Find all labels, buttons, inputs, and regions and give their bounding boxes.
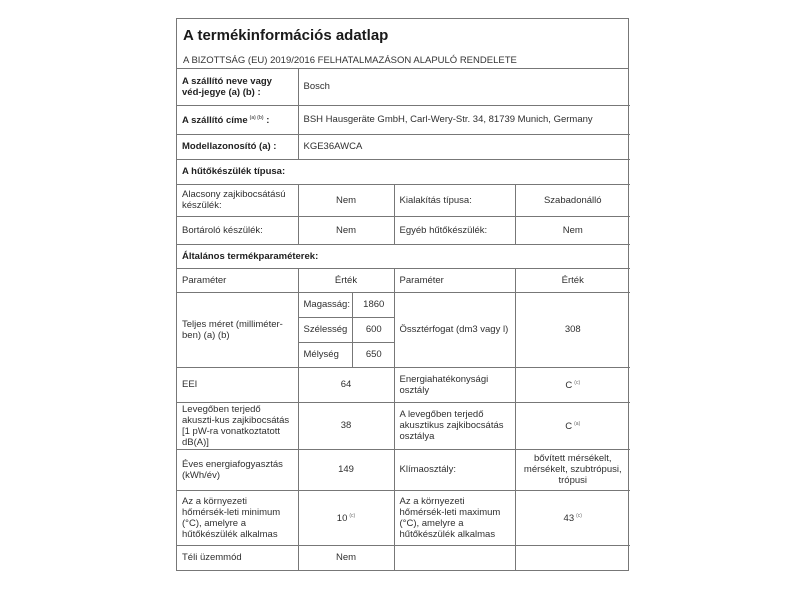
dimensions-label: Teljes méret (milliméter-ben) (a) (b) [177, 292, 298, 367]
annual-energy-label: Éves energiafogyasztás (kWh/év) [177, 449, 298, 490]
table-row: Modellazonosító (a) : KGE36AWCA [177, 134, 630, 159]
width-label: Szélesség [299, 317, 353, 342]
volume-value: 308 [515, 292, 630, 367]
dimensions-table: Magasság:1860 Szélesség600 Mélység650 [299, 293, 395, 367]
noise-label: Levegőben terjedő akuszti-kus zajkibocsá… [177, 402, 298, 449]
supplier-name-value: Bosch [298, 69, 630, 105]
noise-class-cell: C(a) [515, 402, 630, 449]
footnote-mark: (a) (b) [250, 115, 264, 121]
winter-mode-value: Nem [298, 545, 394, 570]
supplier-name-label: A szállító neve vagy véd-jegye (a) (b) : [177, 69, 298, 105]
empty-cell [515, 545, 630, 570]
max-temp-cell: 43(c) [515, 490, 630, 545]
depth-value: 650 [353, 342, 395, 367]
other-appliance-label: Egyéb hűtőkészülék: [394, 216, 515, 244]
noise-class-label: A levegőben terjedő akusztikus zajkibocs… [394, 402, 515, 449]
height-value: 1860 [353, 293, 395, 318]
width-value: 600 [353, 317, 395, 342]
dimensions-cell: Magasság:1860 Szélesség600 Mélység650 [298, 292, 394, 367]
low-noise-value: Nem [298, 184, 394, 216]
table-row: Az a környezeti hőmérsék-leti minimum (°… [177, 490, 630, 545]
annual-energy-value: 149 [298, 449, 394, 490]
min-temp-label: Az a környezeti hőmérsék-leti minimum (°… [177, 490, 298, 545]
depth-label: Mélység [299, 342, 353, 367]
wine-storage-value: Nem [298, 216, 394, 244]
min-temp-value: 10 [337, 513, 348, 524]
noise-value: 38 [298, 402, 394, 449]
climate-class-value: bővített mérsékelt, mérsékelt, szubtrópu… [515, 449, 630, 490]
max-temp-value: 43 [564, 513, 575, 524]
energy-class-label: Energiahatékonysági osztály [394, 367, 515, 402]
general-params-heading: Általános termékparaméterek: [177, 244, 630, 268]
footnote-mark: (c) [349, 513, 355, 519]
table-row: Teljes méret (milliméter-ben) (a) (b) Ma… [177, 292, 630, 367]
regulation-subtitle: A BIZOTTSÁG (EU) 2019/2016 FELHATALMAZÁS… [183, 49, 622, 66]
col-header-value-2: Érték [515, 268, 630, 292]
min-temp-cell: 10(c) [298, 490, 394, 545]
table-row: A szállító neve vagy véd-jegye (a) (b) :… [177, 69, 630, 105]
climate-class-label: Klímaosztály: [394, 449, 515, 490]
max-temp-label: Az a környezeti hőmérsék-leti maximum (°… [394, 490, 515, 545]
table-row: EEI 64 Energiahatékonysági osztály C(c) [177, 367, 630, 402]
model-label: Modellazonosító (a) : [177, 134, 298, 159]
table-row: Paraméter Érték Paraméter Érték [177, 268, 630, 292]
energy-class-cell: C(c) [515, 367, 630, 402]
table-row: A szállító címe(a) (b) : BSH Hausgeräte … [177, 105, 630, 134]
sheet-header: A termékinformációs adatlap A BIZOTTSÁG … [177, 19, 628, 69]
table-row: Bortároló készülék: Nem Egyéb hűtőkészül… [177, 216, 630, 244]
col-header-param: Paraméter [177, 268, 298, 292]
footnote-mark: (c) [574, 380, 580, 386]
eei-value: 64 [298, 367, 394, 402]
colon: : [266, 115, 269, 126]
footnote-mark: (a) [574, 421, 580, 427]
page-title: A termékinformációs adatlap [183, 19, 622, 49]
col-header-param-2: Paraméter [394, 268, 515, 292]
product-information-sheet: A termékinformációs adatlap A BIZOTTSÁG … [176, 18, 629, 571]
footnote-mark: (c) [576, 513, 582, 519]
table-row: Általános termékparaméterek: [177, 244, 630, 268]
design-type-value: Szabadonálló [515, 184, 630, 216]
supplier-address-label-text: A szállító címe [182, 115, 248, 126]
empty-cell [394, 545, 515, 570]
winter-mode-label: Téli üzemmód [177, 545, 298, 570]
info-table: A szállító neve vagy véd-jegye (a) (b) :… [177, 69, 630, 570]
appliance-type-heading: A hűtőkészülék típusa: [177, 159, 630, 184]
wine-storage-label: Bortároló készülék: [177, 216, 298, 244]
eei-label: EEI [177, 367, 298, 402]
supplier-address-value: BSH Hausgeräte GmbH, Carl-Wery-Str. 34, … [298, 105, 630, 134]
table-row: Alacsony zajkibocsátású készülék: Nem Ki… [177, 184, 630, 216]
energy-class-value: C [565, 380, 572, 391]
table-row: Téli üzemmód Nem [177, 545, 630, 570]
table-row: A hűtőkészülék típusa: [177, 159, 630, 184]
col-header-value: Érték [298, 268, 394, 292]
design-type-label: Kialakítás típusa: [394, 184, 515, 216]
model-value: KGE36AWCA [298, 134, 630, 159]
noise-class-value: C [565, 421, 572, 432]
supplier-address-label: A szállító címe(a) (b) : [177, 105, 298, 134]
other-appliance-value: Nem [515, 216, 630, 244]
table-row: Éves energiafogyasztás (kWh/év) 149 Klím… [177, 449, 630, 490]
table-row: Levegőben terjedő akuszti-kus zajkibocsá… [177, 402, 630, 449]
height-label: Magasság: [299, 293, 353, 318]
volume-label: Össztérfogat (dm3 vagy l) [394, 292, 515, 367]
low-noise-label: Alacsony zajkibocsátású készülék: [177, 184, 298, 216]
